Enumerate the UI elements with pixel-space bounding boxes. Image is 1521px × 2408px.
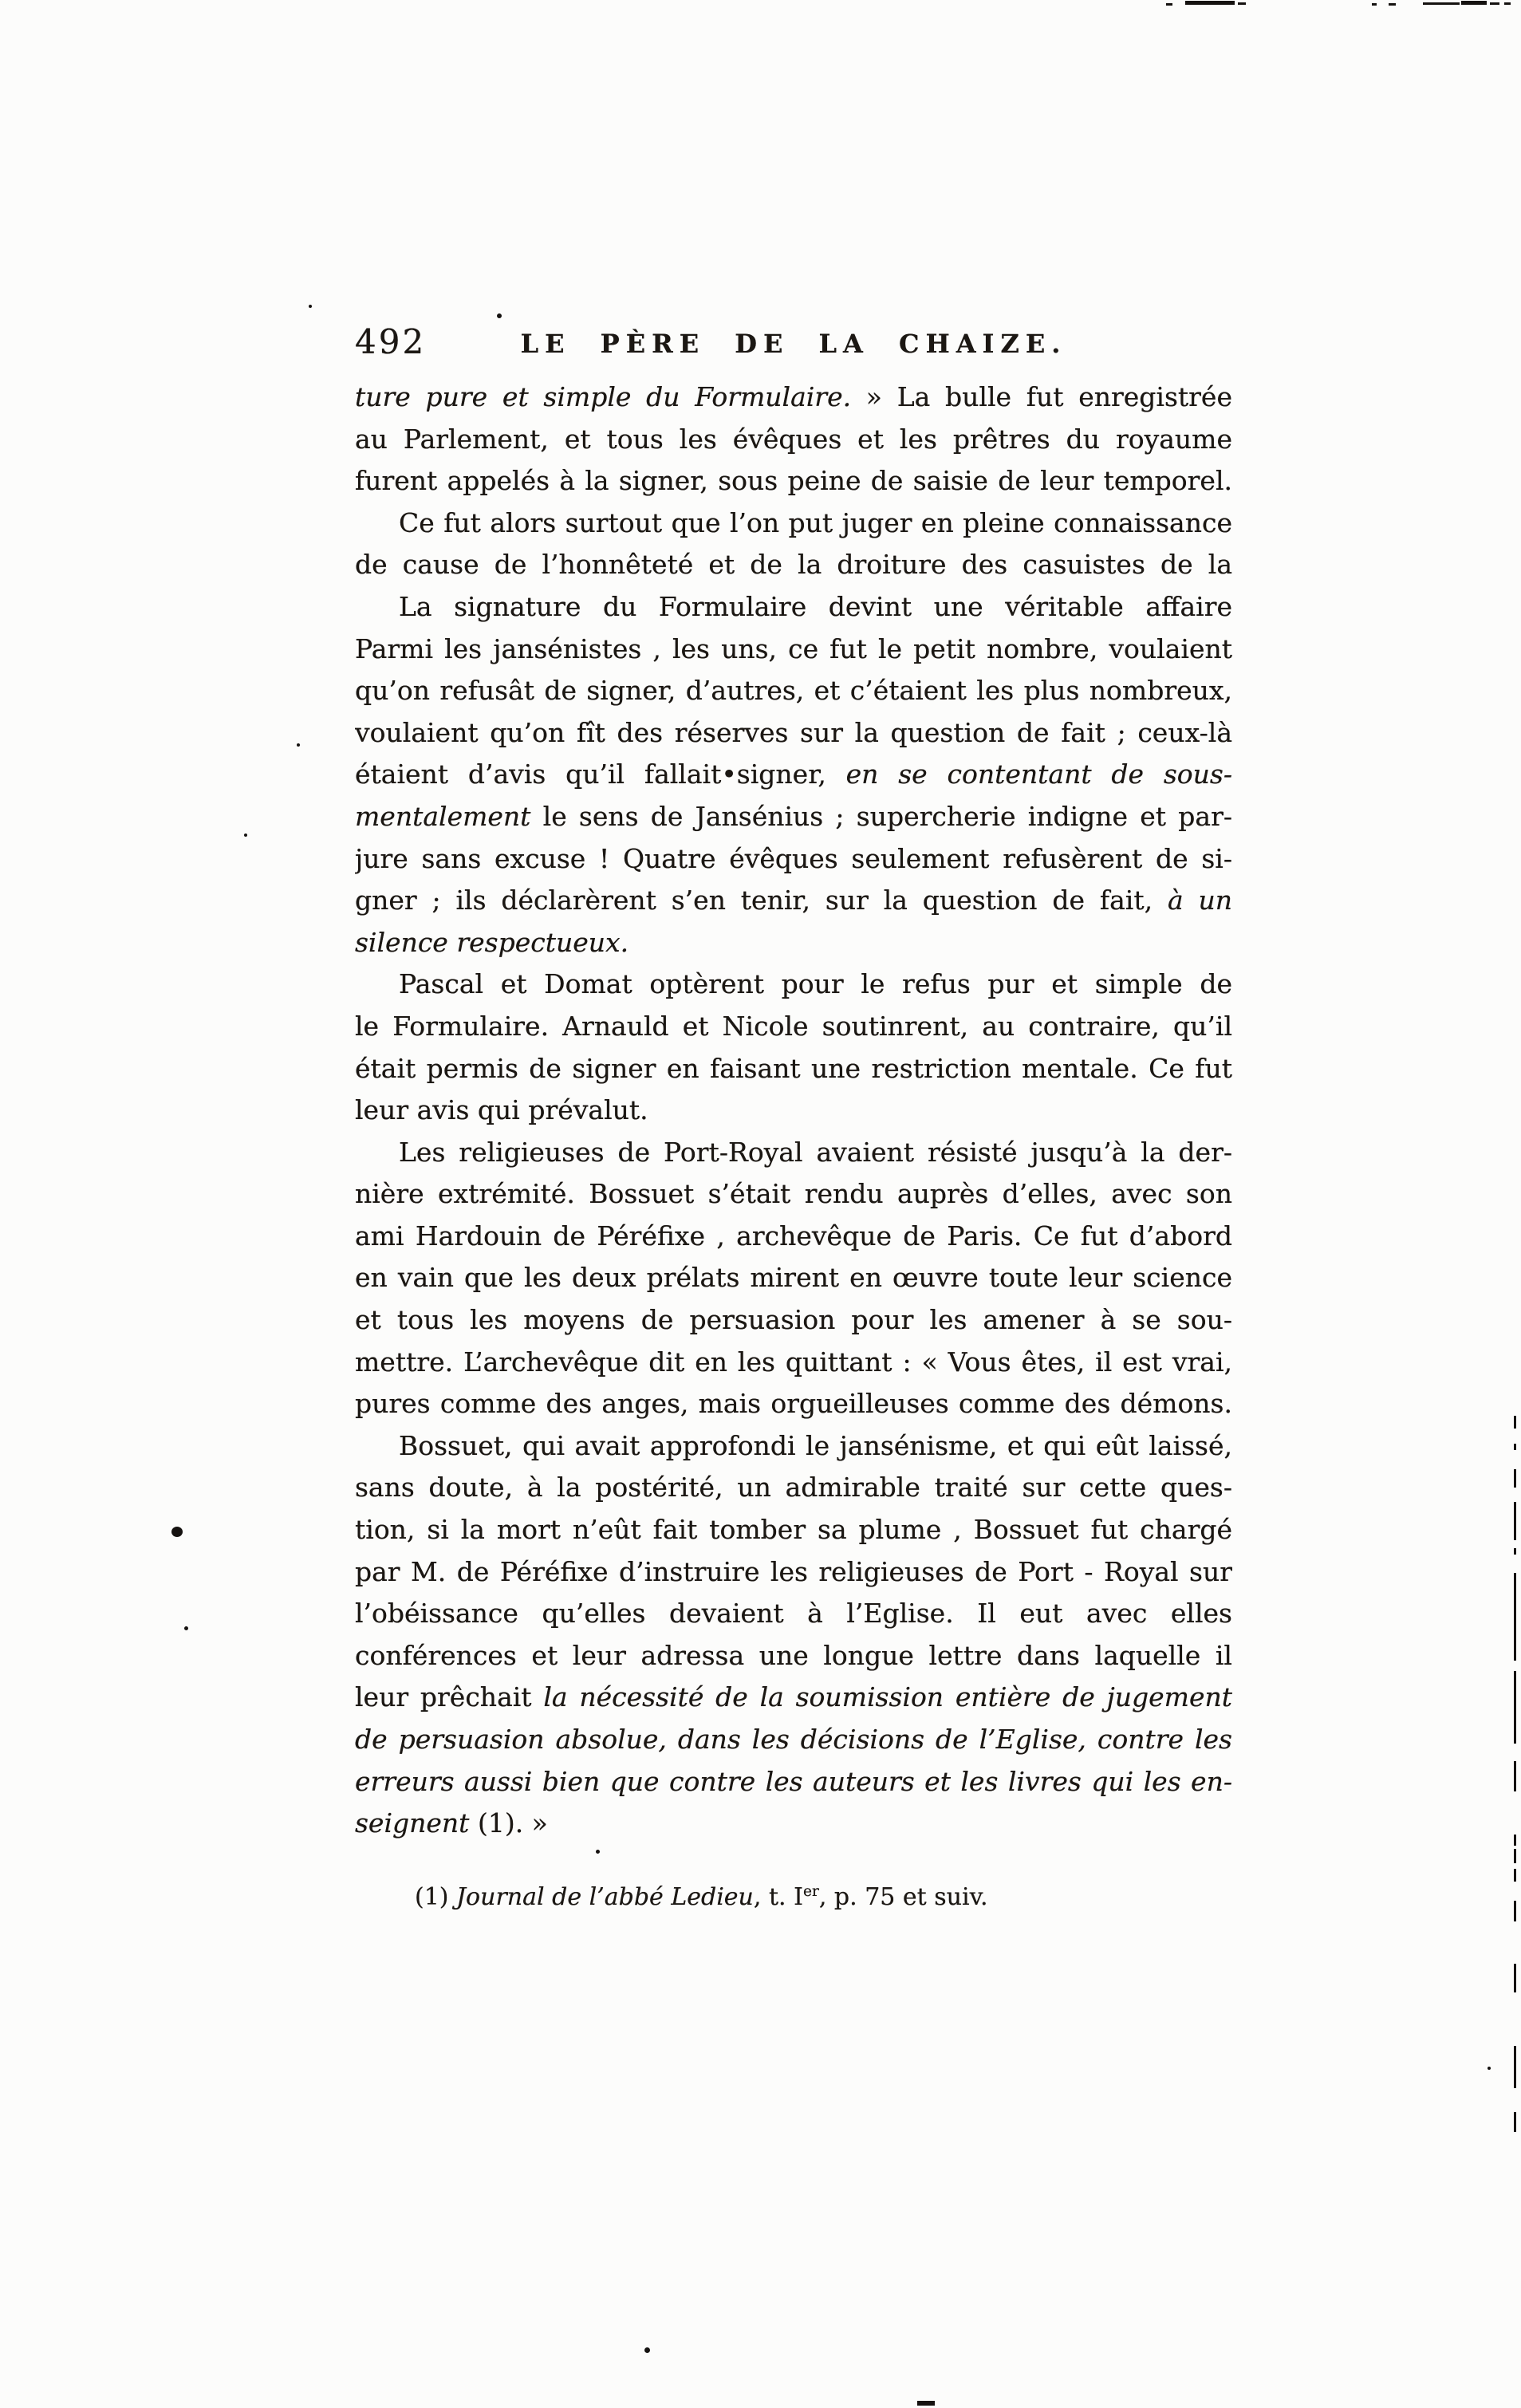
- text-line: erreurs aussi bien que contre les auteur…: [355, 1761, 1232, 1803]
- text-line: La signature du Formulaire devint une vé…: [355, 586, 1232, 629]
- roman-text: voulaient qu’on fît des réserves sur la …: [355, 717, 1232, 748]
- roman-text: le sens de Jansénius ; supercherie indig…: [530, 801, 1232, 832]
- scan-artifact: [1514, 1671, 1516, 1717]
- text-line: au Parlement, et tous les évêques et les…: [355, 419, 1232, 461]
- text-line: qu’on refusât de signer, d’autres, et c’…: [355, 670, 1232, 712]
- roman-text: La signature du Formulaire devint une vé…: [355, 591, 1232, 629]
- scan-artifact: [1514, 2112, 1516, 2132]
- scan-artifact: [1514, 1901, 1516, 1921]
- scan-artifact: [1490, 2, 1499, 5]
- roman-text: en vain que les deux prélats mirent en œ…: [355, 1262, 1232, 1293]
- text-line: ture pure et simple du Formulaire. » La …: [355, 376, 1232, 419]
- italic-text: silence respectueux.: [355, 927, 628, 958]
- scan-artifact: [1514, 1416, 1516, 1429]
- text-line: gner ; ils déclarèrent s’en tenir, sur l…: [355, 880, 1232, 922]
- italic-text: de persuasion absolue, dans les décision…: [355, 1724, 1232, 1755]
- roman-text: , p. 75 et suiv.: [819, 1883, 988, 1911]
- scan-artifact: [917, 2401, 935, 2406]
- roman-text: (1): [415, 1883, 456, 1911]
- scan-artifact: [596, 1850, 600, 1854]
- roman-text: tion, si la mort n’eût fait tomber sa pl…: [355, 1514, 1232, 1545]
- scan-artifact: [1514, 1849, 1516, 1863]
- text-line: seignent (1). »: [355, 1803, 1232, 1845]
- scan-artifact: [171, 1527, 183, 1537]
- scan-artifact: [497, 313, 502, 318]
- roman-text: leur prêchait: [355, 1681, 543, 1712]
- scan-artifact: [1514, 1469, 1516, 1488]
- text-line: par M. de Péréfixe d’instruire les relig…: [355, 1551, 1232, 1594]
- text-line: sans doute, à la postérité, un admirable…: [355, 1467, 1232, 1509]
- roman-text: était permis de signer en faisant une re…: [355, 1053, 1232, 1084]
- scan-artifact: [1514, 1715, 1516, 1744]
- scan-artifact: [1185, 1, 1235, 5]
- scan-artifact: [1514, 1548, 1516, 1555]
- text-line: tion, si la mort n’eût fait tomber sa pl…: [355, 1509, 1232, 1551]
- page-text: ture pure et simple du Formulaire. » La …: [355, 376, 1232, 1845]
- italic-text: seignent: [355, 1807, 469, 1839]
- text-line: le Formulaire. Arnauld et Nicole soutinr…: [355, 1006, 1232, 1048]
- scan-artifact: [1238, 2, 1246, 5]
- text-line: Les religieuses de Port-Royal avaient ré…: [355, 1132, 1232, 1174]
- text-line: et tous les moyens de persuasion pour le…: [355, 1299, 1232, 1342]
- scan-artifact: [1166, 3, 1172, 6]
- scan-artifact: [1423, 2, 1460, 5]
- italic-text: erreurs aussi bien que contre les auteur…: [355, 1766, 1232, 1797]
- text-line: Bossuet, qui avait approfondi le janséni…: [355, 1425, 1232, 1468]
- roman-text: mettre. L’archevêque dit en les quittant…: [355, 1346, 1232, 1377]
- scan-artifact: [1504, 2, 1511, 5]
- text-line: Ce fut alors surtout que l’on put juger …: [355, 502, 1232, 545]
- italic-text: à un: [1168, 885, 1232, 916]
- book-page: 492 LE PÈRE DE LA CHAIZE. ture pure et s…: [0, 0, 1521, 2408]
- scan-artifact: [1514, 1835, 1516, 1846]
- roman-text: et tous les moyens de persuasion pour le…: [355, 1304, 1232, 1335]
- roman-text: Ce fut alors surtout que l’on put juger …: [399, 507, 1232, 538]
- text-line: mentalement le sens de Jansénius ; super…: [355, 796, 1232, 838]
- scan-artifact: [184, 1626, 188, 1630]
- roman-text: Pascal et Domat optèrent pour le refus p…: [355, 968, 1232, 1006]
- text-line: pures comme des anges, mais orgueilleuse…: [355, 1383, 1232, 1425]
- text-line: nière extrémité. Bossuet s’était rendu a…: [355, 1173, 1232, 1216]
- text-line: voulaient qu’on fît des réserves sur la …: [355, 712, 1232, 755]
- text-line: en vain que les deux prélats mirent en œ…: [355, 1257, 1232, 1299]
- text-line: jure sans excuse ! Quatre évêques seulem…: [355, 838, 1232, 881]
- italic-text: mentalement: [355, 801, 530, 832]
- scan-artifact: [1514, 1869, 1516, 1882]
- text-line: leur avis qui prévalut.: [355, 1090, 1232, 1132]
- roman-text: er: [803, 1883, 819, 1900]
- italic-text: Journal de l’abbé Ledieu: [456, 1883, 754, 1911]
- roman-text: (1). »: [469, 1807, 547, 1839]
- text-line: mettre. L’archevêque dit en les quittant…: [355, 1342, 1232, 1384]
- scan-artifact: [1389, 3, 1396, 6]
- text-line: étaient d’avis qu’il fallait•signer, en …: [355, 754, 1232, 796]
- roman-text: qu’on refusât de signer, d’autres, et c’…: [355, 675, 1232, 706]
- text-line: de persuasion absolue, dans les décision…: [355, 1719, 1232, 1761]
- roman-text: nière extrémité. Bossuet s’était rendu a…: [355, 1178, 1232, 1209]
- roman-text: Bossuet, qui avait approfondi le janséni…: [399, 1430, 1232, 1461]
- roman-text: ami Hardouin de Péréfixe , archevêque de…: [355, 1220, 1232, 1251]
- scan-artifact: [244, 834, 247, 837]
- roman-text: conférences et leur adressa une longue l…: [355, 1640, 1232, 1671]
- roman-text: sans doute, à la postérité, un admirable…: [355, 1472, 1232, 1503]
- text-line: conférences et leur adressa une longue l…: [355, 1635, 1232, 1677]
- scan-artifact: [309, 305, 312, 308]
- scan-artifact: [1514, 1444, 1516, 1450]
- scan-artifact: [1488, 2067, 1491, 2070]
- roman-text: de cause de l’honnêteté et de la droitur…: [355, 549, 1232, 586]
- text-line: silence respectueux.: [355, 922, 1232, 964]
- running-title: LE PÈRE DE LA CHAIZE.: [355, 329, 1232, 359]
- scan-artifact: [644, 2347, 650, 2353]
- scan-artifact: [1514, 2046, 1516, 2088]
- text-line: furent appelés à la signer, sous peine d…: [355, 460, 1232, 502]
- roman-text: leur avis qui prévalut.: [355, 1094, 648, 1125]
- roman-text: jure sans excuse ! Quatre évêques seulem…: [355, 843, 1232, 874]
- roman-text: l’obéissance qu’elles devaient à l’Eglis…: [355, 1598, 1232, 1635]
- italic-text: ture pure et simple du Formulaire.: [355, 381, 851, 412]
- roman-text: par M. de Péréfixe d’instruire les relig…: [355, 1556, 1232, 1587]
- text-line: l’obéissance qu’elles devaient à l’Eglis…: [355, 1593, 1232, 1635]
- text-line: leur prêchait la nécessité de la soumiss…: [355, 1677, 1232, 1719]
- roman-text: le Formulaire. Arnauld et Nicole soutinr…: [355, 1011, 1232, 1042]
- text-line: Parmi les jansénistes , les uns, ce fut …: [355, 629, 1232, 671]
- scan-artifact: [1514, 1761, 1516, 1791]
- roman-text: étaient d’avis qu’il fallait•signer,: [355, 759, 846, 790]
- roman-text: , t. I: [754, 1883, 803, 1911]
- scan-artifact: [1372, 3, 1377, 6]
- scan-artifact: [1461, 1, 1487, 5]
- footnote: (1) Journal de l’abbé Ledieu, t. Ier, p.…: [355, 1874, 1232, 1915]
- text-line: était permis de signer en faisant une re…: [355, 1048, 1232, 1090]
- roman-text: gner ; ils déclarèrent s’en tenir, sur l…: [355, 885, 1168, 916]
- roman-text: » La bulle fut enregistrée: [851, 381, 1232, 412]
- scan-artifact: [1514, 1502, 1516, 1540]
- scan-artifact: [297, 743, 300, 747]
- roman-text: furent appelés à la signer, sous peine d…: [355, 465, 1232, 496]
- roman-text: pures comme des anges, mais orgueilleuse…: [355, 1388, 1232, 1425]
- roman-text: Parmi les jansénistes , les uns, ce fut …: [355, 633, 1232, 664]
- scan-artifact: [1514, 1573, 1516, 1661]
- text-line: ami Hardouin de Péréfixe , archevêque de…: [355, 1216, 1232, 1258]
- roman-text: Les religieuses de Port-Royal avaient ré…: [399, 1137, 1232, 1168]
- scan-artifact: [1514, 1964, 1516, 1992]
- text-line: Pascal et Domat optèrent pour le refus p…: [355, 964, 1232, 1006]
- text-line: de cause de l’honnêteté et de la droitur…: [355, 544, 1232, 586]
- roman-text: au Parlement, et tous les évêques et les…: [355, 424, 1232, 455]
